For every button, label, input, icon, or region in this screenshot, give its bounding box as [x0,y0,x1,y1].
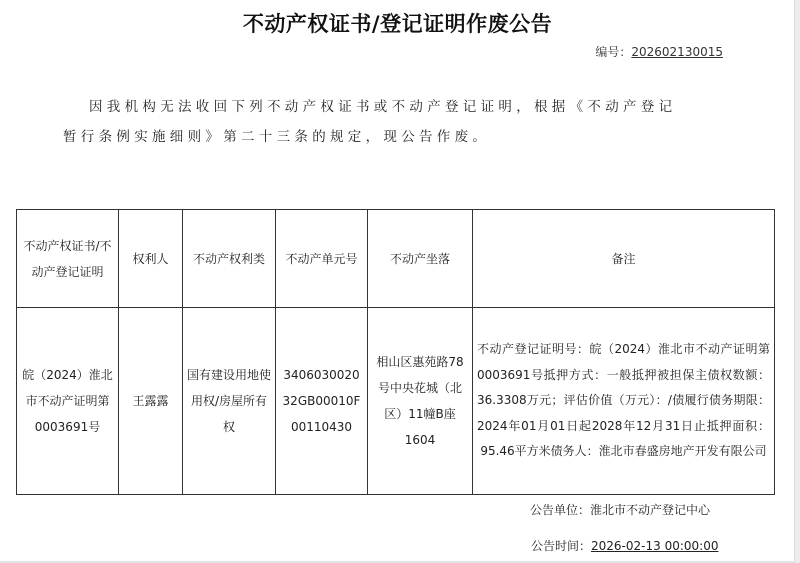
header-right-type: 不动产权利类 [183,210,276,308]
void-certificate-table: 不动产权证书/不动产登记证明 权利人 不动产权利类 不动产单元号 不动产坐落 备… [16,209,775,495]
header-remarks: 备注 [473,210,775,308]
vertical-scrollbar[interactable] [794,0,800,563]
serial-value: 202602130015 [631,45,723,59]
serial-label: 编号： [595,45,631,59]
table-header-row: 不动产权证书/不动产登记证明 权利人 不动产权利类 不动产单元号 不动产坐落 备… [17,210,775,308]
cell-right-type: 国有建设用地使用权/房屋所有权 [183,308,276,495]
issuing-unit-value: 淮北市不动产登记中心 [590,503,710,517]
header-certificate: 不动产权证书/不动产登记证明 [17,210,119,308]
announcement-time-label: 公告时间： [531,539,591,553]
announcement-paragraph: 因我机构无法收回下列不动产权证书或不动产登记证明，根据《不动产登记 暂行条例实施… [63,92,733,152]
issuing-unit-label: 公告单位： [530,503,590,517]
announcement-time-value: 2026-02-13 00:00:00 [591,539,718,553]
serial-number: 编号：202602130015 [595,43,723,60]
cell-remarks: 不动产登记证明号：皖（2024）淮北市不动产证明第0003691号抵押方式：一般… [473,308,775,495]
cell-certificate: 皖（2024）淮北市不动产证明第0003691号 [17,308,119,495]
announcement-page: 不动产权证书/登记证明作废公告 编号：202602130015 因我机构无法收回… [0,0,795,563]
paragraph-line-1: 因我机构无法收回下列不动产权证书或不动产登记证明，根据《不动产登记 [63,92,733,122]
page-title: 不动产权证书/登记证明作废公告 [0,8,795,38]
header-location: 不动产坐落 [368,210,473,308]
header-owner: 权利人 [119,210,183,308]
announcement-time: 公告时间：2026-02-13 00:00:00 [531,537,718,554]
table-row: 皖（2024）淮北市不动产证明第0003691号 王露露 国有建设用地使用权/房… [17,308,775,495]
cell-unit-number: 340603002032GB00010F00110430 [276,308,368,495]
cell-owner: 王露露 [119,308,183,495]
paragraph-line-2: 暂行条例实施细则》第二十三条的规定，现公告作废。 [63,122,733,152]
header-unit-number: 不动产单元号 [276,210,368,308]
cell-location: 相山区惠苑路78号中央花城（北区）11幢B座1604 [368,308,473,495]
issuing-unit: 公告单位：淮北市不动产登记中心 [530,501,710,518]
